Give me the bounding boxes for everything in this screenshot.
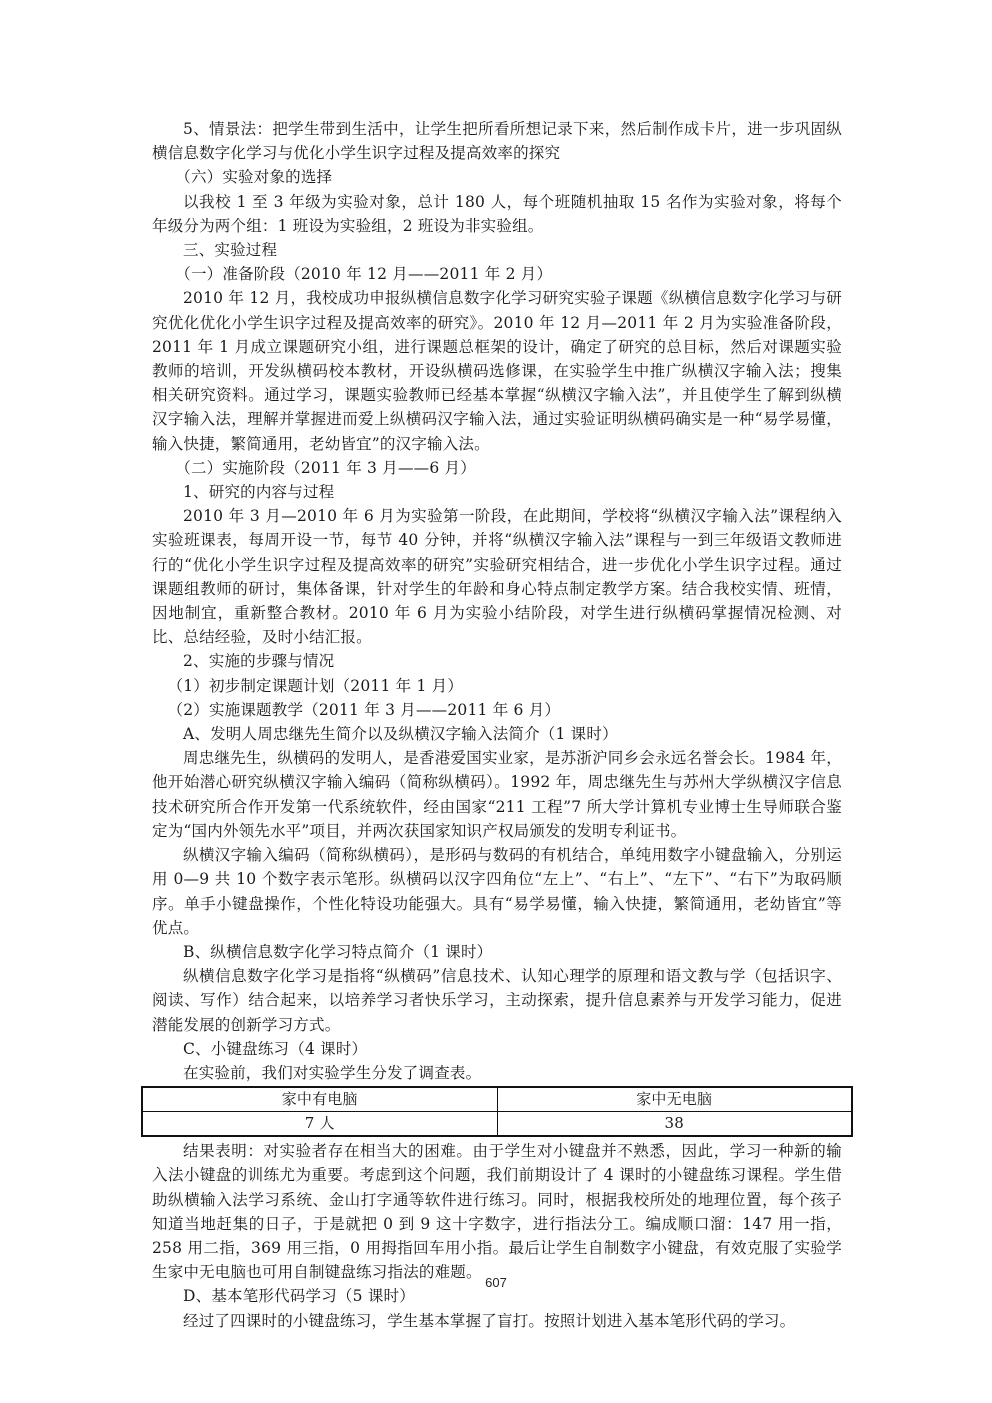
heading-steps: 2、实施的步骤与情况 bbox=[152, 649, 842, 673]
paragraph-inventor: 周忠继先生，纵横码的发明人，是香港爱国实业家，是苏浙沪同乡会永远名誉会长。198… bbox=[152, 746, 842, 843]
heading-step-1: （1）初步制定课题计划（2011 年 1 月） bbox=[152, 674, 842, 698]
paragraph-digital-learning: 纵横信息数字化学习是指将“纵横码”信息技术、认知心理学的原理和语文教与学（包括识… bbox=[152, 964, 842, 1037]
heading-implementation-stage: （二）实施阶段（2011 年 3 月——6 月） bbox=[152, 456, 842, 480]
heading-step-2: （2）实施课题教学（2011 年 3 月——2011 年 6 月） bbox=[152, 698, 842, 722]
table-header-row: 家中有电脑 家中无电脑 bbox=[142, 1087, 852, 1112]
heading-subject-selection: （六）实验对象的选择 bbox=[152, 165, 842, 189]
heading-section-a: A、发明人周忠继先生简介以及纵横汉字输入法简介（1 课时） bbox=[152, 722, 842, 746]
heading-section-c: C、小键盘练习（4 课时） bbox=[152, 1037, 842, 1061]
paragraph-preparation: 2010 年 12 月，我校成功申报纵横信息数字化学习研究实验子课题《纵横信息数… bbox=[152, 286, 842, 455]
page-number: 607 bbox=[0, 1275, 992, 1290]
survey-table: 家中有电脑 家中无电脑 7 人 38 bbox=[141, 1086, 853, 1137]
table-cell: 7 人 bbox=[142, 1112, 497, 1137]
paragraph-results: 结果表明：对实验者存在相当大的困难。由于学生对小键盘并不熟悉，因此，学习一种新的… bbox=[152, 1139, 842, 1284]
table-cell: 38 bbox=[497, 1112, 852, 1137]
paragraph-stroke-codes: 经过了四课时的小键盘练习，学生基本掌握了盲打。按照计划进入基本笔形代码的学习。 bbox=[152, 1309, 842, 1333]
heading-section-b: B、纵横信息数字化学习特点简介（1 课时） bbox=[152, 940, 842, 964]
heading-experiment-process: 三、实验过程 bbox=[152, 238, 842, 262]
paragraph-survey-intro: 在实验前，我们对实验学生分发了调查表。 bbox=[152, 1061, 842, 1085]
paragraph-subjects: 以我校 1 至 3 年级为实验对象，总计 180 人，每个班随机抽取 15 名作… bbox=[152, 190, 842, 238]
heading-research-content: 1、研究的内容与过程 bbox=[152, 480, 842, 504]
heading-preparation-stage: （一）准备阶段（2010 年 12 月——2011 年 2 月） bbox=[152, 262, 842, 286]
paragraph-research-content: 2010 年 3 月—2010 年 6 月为实验第一阶段，在此期间，学校将“纵横… bbox=[152, 504, 842, 649]
table-header-cell: 家中有电脑 bbox=[142, 1087, 497, 1112]
table-row: 7 人 38 bbox=[142, 1112, 852, 1137]
paragraph-scenario-method: 5、情景法：把学生带到生活中，让学生把所看所想记录下来，然后制作成卡片，进一步巩… bbox=[152, 117, 842, 165]
table-header-cell: 家中无电脑 bbox=[497, 1087, 852, 1112]
paragraph-input-method: 纵横汉字输入编码（简称纵横码），是形码与数码的有机结合，单纯用数字小键盘输入，分… bbox=[152, 843, 842, 940]
document-page: 5、情景法：把学生带到生活中，让学生把所看所想记录下来，然后制作成卡片，进一步巩… bbox=[152, 117, 842, 1333]
